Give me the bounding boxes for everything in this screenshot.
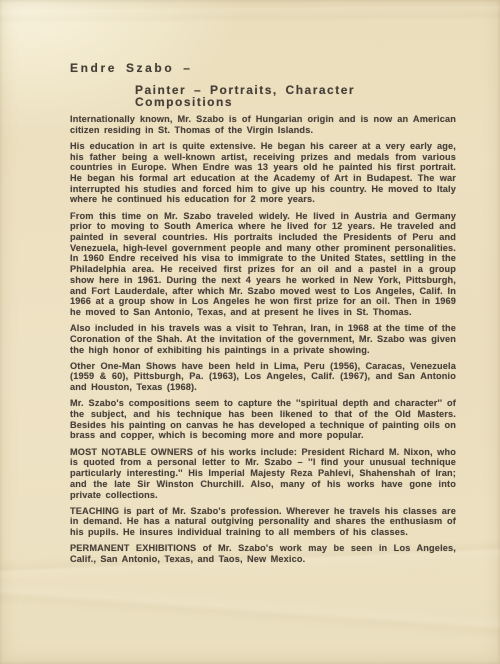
document-content: Endre Szabo – Painter – Portraits, Chara… <box>70 62 456 570</box>
paragraph-tehran: Also included in his travels was a visit… <box>70 323 456 355</box>
paper-crease-bottom <box>0 578 500 643</box>
paragraph-education: His education in art is quite extensive.… <box>70 141 456 205</box>
paragraph-travels: From this time on Mr. Szabo traveled wid… <box>70 211 456 318</box>
paragraph-teaching: TEACHING is part of Mr. Szabo's professi… <box>70 506 456 538</box>
paragraph-one-man-shows: Other One-Man Shows have been held in Li… <box>70 361 456 393</box>
paper-crease-top <box>0 6 500 25</box>
document-body: Internationally known, Mr. Szabo is of H… <box>70 114 456 565</box>
paragraph-permanent-exhibitions: PERMANENT EXHIBITIONS of Mr. Szabo's wor… <box>70 543 456 564</box>
document-title: Endre Szabo – <box>70 62 456 74</box>
paragraph-intro: Internationally known, Mr. Szabo is of H… <box>70 114 456 135</box>
scanned-document-page: Endre Szabo – Painter – Portraits, Chara… <box>0 0 500 664</box>
document-subtitle: Painter – Portraits, Character Compositi… <box>135 84 456 108</box>
paragraph-notable-owners: MOST NOTABLE OWNERS of his works include… <box>70 447 456 501</box>
paragraph-technique: Mr. Szabo's compositions seem to capture… <box>70 398 456 441</box>
